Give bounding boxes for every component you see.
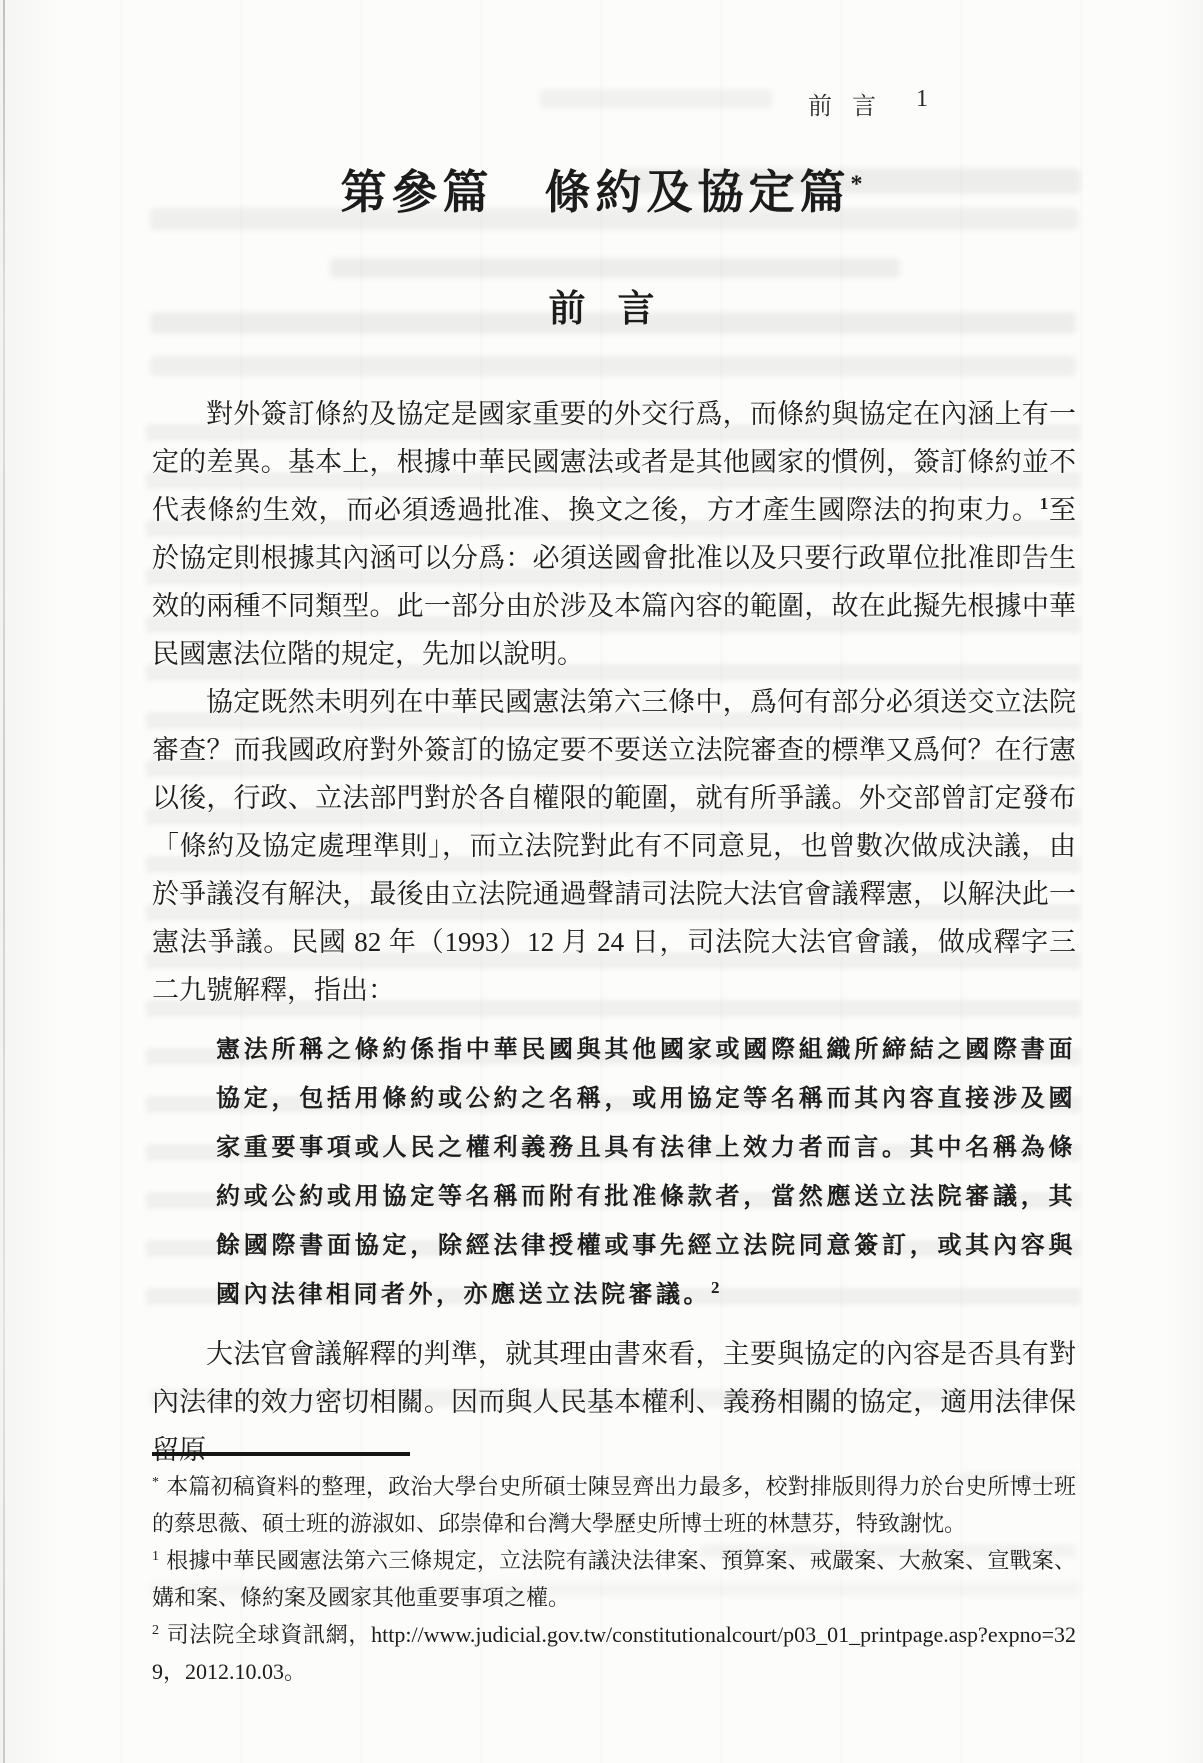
scanned-book-page: 前言 1 第參篇 條約及協定篇* 前言 對外簽訂條約及協定是國家重要的外交行爲，… [0,0,1203,1763]
quote-text: 憲法所稱之條約係指中華民國與其他國家或國際組織所締結之國際書面協定，包括用條約或… [216,1037,1076,1308]
footnote-asterisk-text: 本篇初稿資料的整理，政治大學台史所碩士陳昱齊出力最多，校對排版則得力於台史所博士… [152,1474,1076,1536]
paragraph-1: 對外簽訂條約及協定是國家重要的外交行爲，而條約與協定在內涵上有一定的差異。基本上… [152,390,1076,678]
footnote-marker-1: 1 [152,1549,159,1564]
section-heading: 前言 [0,278,1203,332]
footnote-ref-1: 1 [1040,494,1049,513]
footnote-asterisk: *本篇初稿資料的整理，政治大學台史所碩士陳昱齊出力最多，校對排版則得力於台史所博… [152,1468,1076,1542]
chapter-title-text: 第參篇 條約及協定篇 [341,167,851,218]
paragraph-2: 協定既然未明列在中華民國憲法第六三條中，爲何有部分必須送交立法院審查？而我國政府… [152,678,1076,1014]
bleedthrough-artifact [150,356,1076,376]
footnote-1: 1根據中華民國憲法第六三條規定，立法院有議決法律案、預算案、戒嚴案、大赦案、宣戰… [152,1542,1076,1616]
footnote-divider [152,1452,410,1456]
footnote-2: 2司法院全球資訊網，http://www.judicial.gov.tw/con… [152,1616,1076,1690]
bleedthrough-artifact [330,258,900,278]
footnote-ref-2: 2 [711,1278,720,1297]
title-footnote-marker: * [851,172,863,198]
paragraph-1-text-a: 對外簽訂條約及協定是國家重要的外交行爲，而條約與協定在內涵上有一定的差異。基本上… [152,399,1076,525]
chapter-title: 第參篇 條約及協定篇* [0,156,1203,222]
body-text: 對外簽訂條約及協定是國家重要的外交行爲，而條約與協定在內涵上有一定的差異。基本上… [152,390,1076,1474]
interpretation-329-quote: 憲法所稱之條約係指中華民國與其他國家或國際組織所締結之國際書面協定，包括用條約或… [216,1026,1076,1320]
footnotes: *本篇初稿資料的整理，政治大學台史所碩士陳昱齊出力最多，校對排版則得力於台史所博… [152,1452,1076,1690]
footnote-2-text: 司法院全球資訊網，http://www.judicial.gov.tw/cons… [152,1622,1076,1684]
footnote-1-text: 根據中華民國憲法第六三條規定，立法院有議決法律案、預算案、戒嚴案、大赦案、宣戰案… [152,1548,1076,1610]
page-number: 1 [916,86,928,113]
running-header-section: 前言 [808,86,896,121]
footnote-marker-asterisk: * [152,1475,159,1490]
scan-edge [3,0,5,1763]
bleedthrough-artifact [540,90,772,108]
footnote-marker-2: 2 [152,1623,159,1638]
